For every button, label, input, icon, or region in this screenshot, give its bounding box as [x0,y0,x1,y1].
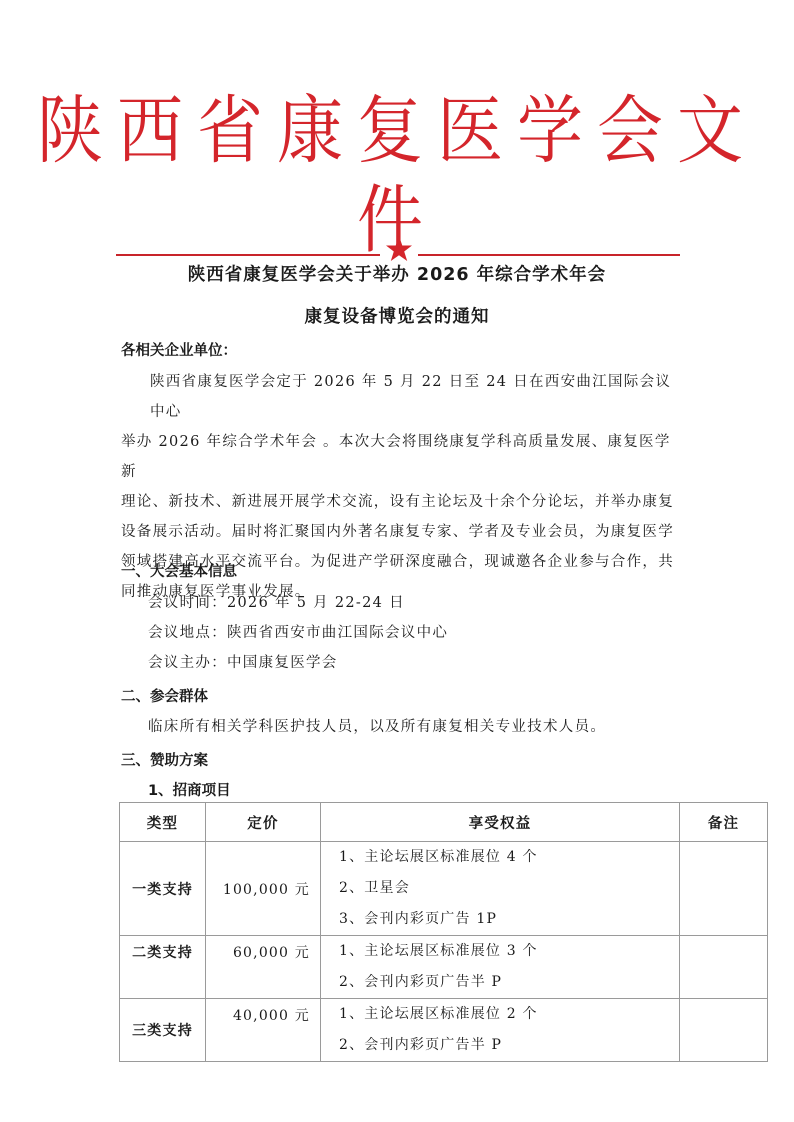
section-heading-sponsorship: 三、赞助方案 [121,749,208,770]
row-price: 60,000 元 [206,936,321,999]
intro-line: 设备展示活动。届时将汇聚国内外著名康复专家、学者及专业会员，为康复医学 [121,517,686,547]
section-heading-attendees: 二、参会群体 [121,685,208,706]
divider-line-right [418,254,680,256]
attendees-text: 临床所有相关学科医护技人员，以及所有康复相关专业技术人员。 [148,712,606,742]
benefit-item: 2、卫星会 [339,873,679,904]
benefit-item: 1、主论坛展区标准展位 3 个 [339,936,679,967]
notice-title-line-1: 陕西省康复医学会关于举办 2026 年综合学术年会 [0,261,794,286]
info-meeting-host: 会议主办：中国康复医学会 [148,648,338,678]
table-row: 三类支持 40,000 元 1、主论坛展区标准展位 2 个 2、会刊内彩页广告半… [120,999,768,1062]
benefit-item: 1、主论坛展区标准展位 2 个 [339,999,679,1030]
header-benefits: 享受权益 [321,803,680,842]
row-benefits: 1、主论坛展区标准展位 3 个 2、会刊内彩页广告半 P [321,936,680,999]
row-note [680,936,768,999]
info-meeting-venue: 会议地点：陕西省西安市曲江国际会议中心 [148,618,448,648]
row-type: 一类支持 [120,842,206,936]
sponsorship-table: 类型 定价 享受权益 备注 一类支持 100,000 元 1、主论坛展区标准展位… [119,802,768,1062]
table-row: 一类支持 100,000 元 1、主论坛展区标准展位 4 个 2、卫星会 3、会… [120,842,768,936]
table-header-row: 类型 定价 享受权益 备注 [120,803,768,842]
salutation: 各相关企业单位： [121,339,237,360]
section-heading-basic-info: 一、大会基本信息 [121,560,237,581]
intro-line: 理论、新技术、新进展开展学术交流，设有主论坛及十余个分论坛，并举办康复 [121,487,686,517]
row-note [680,999,768,1062]
benefit-item: 2、会刊内彩页广告半 P [339,967,679,998]
benefit-item: 2、会刊内彩页广告半 P [339,1030,679,1061]
divider-line-left [116,254,380,256]
notice-title-line-2: 康复设备博览会的通知 [0,303,794,328]
row-type: 三类支持 [120,999,206,1062]
row-note [680,842,768,936]
intro-line: 举办 2026 年综合学术年会 。本次大会将围绕康复学科高质量发展、康复医学新 [121,427,686,487]
benefit-item: 3、会刊内彩页广告 1P [339,904,679,935]
table-row: 二类支持 60,000 元 1、主论坛展区标准展位 3 个 2、会刊内彩页广告半… [120,936,768,999]
intro-line: 陕西省康复医学会定于 2026 年 5 月 22 日至 24 日在西安曲江国际会… [121,367,686,427]
info-meeting-time: 会议时间：2026 年 5 月 22-24 日 [148,588,405,618]
sub-heading-projects: 1、招商项目 [148,779,231,800]
row-benefits: 1、主论坛展区标准展位 4 个 2、卫星会 3、会刊内彩页广告 1P [321,842,680,936]
row-price: 40,000 元 [206,999,321,1062]
row-type: 二类支持 [120,936,206,999]
header-note: 备注 [680,803,768,842]
benefit-item: 1、主论坛展区标准展位 4 个 [339,842,679,873]
header-price: 定价 [206,803,321,842]
star-icon [385,235,413,263]
row-benefits: 1、主论坛展区标准展位 2 个 2、会刊内彩页广告半 P [321,999,680,1062]
header-type: 类型 [120,803,206,842]
row-price: 100,000 元 [206,842,321,936]
